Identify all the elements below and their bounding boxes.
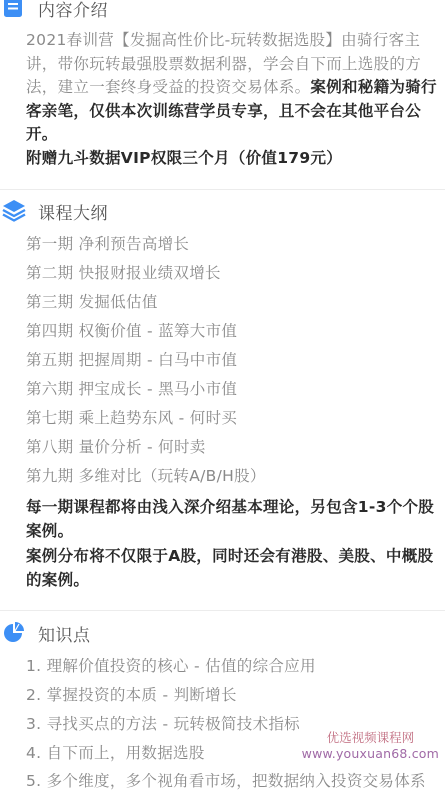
outline-item: 第七期 乘上趋势东风 - 何时买 (26, 406, 237, 428)
intro-title: 内容介绍 (38, 0, 108, 21)
watermark-title: 优选视频课程网 (302, 730, 439, 746)
outline-item: 第四期 权衡价值 - 蓝筹大市值 (26, 319, 237, 341)
knowledge-item: 3. 寻找买点的方法 - 玩转极简技术指标 (26, 712, 300, 734)
outline-note-2: 案例分布将不仅限于A股，同时还会有港股、美股、中概股的案例。 (26, 545, 444, 592)
knowledge-item: 1. 理解价值投资的核心 - 估值的综合应用 (26, 654, 316, 676)
knowledge-item: 2. 掌握投资的本质 - 判断增长 (26, 683, 237, 705)
outline-item: 第八期 量价分析 - 何时卖 (26, 435, 206, 457)
layers-icon (2, 198, 26, 222)
watermark-url: www.youxuan68.com (302, 746, 439, 762)
knowledge-item: 5. 多个维度，多个视角看市场，把数据纳入投资交易体系 (26, 768, 444, 794)
knowledge-title: 知识点 (38, 621, 91, 646)
outline-item: 第三期 发掘低估值 (26, 290, 158, 312)
outline-note-1: 每一期课程都将由浅入深介绍基本理论，另包含1-3个个股案例。 (26, 496, 444, 543)
watermark: 优选视频课程网 www.youxuan68.com (302, 730, 439, 762)
outline-item: 第一期 净利预告高增长 (26, 232, 189, 254)
outline-item: 第五期 把握周期 - 白马中市值 (26, 348, 237, 370)
document-list-icon (2, 0, 26, 19)
outline-item: 第九期 多维对比（玩转A/B/H股） (26, 464, 266, 486)
outline-item: 第二期 快报财报业绩双增长 (26, 261, 221, 283)
intro-paragraph: 2021春训营【发掘高性价比-玩转数据选股】由骑行客主讲，带你玩转最强股票数据利… (26, 29, 444, 170)
pie-chart-icon (2, 620, 26, 644)
outline-title: 课程大纲 (38, 199, 108, 224)
knowledge-item: 4. 自下而上，用数据选股 (26, 741, 205, 763)
divider (0, 189, 445, 190)
intro-bonus: 附赠九斗数据VIP权限三个月（价值179元） (26, 147, 444, 171)
divider (0, 610, 445, 611)
outline-item: 第六期 押宝成长 - 黑马小市值 (26, 377, 237, 399)
